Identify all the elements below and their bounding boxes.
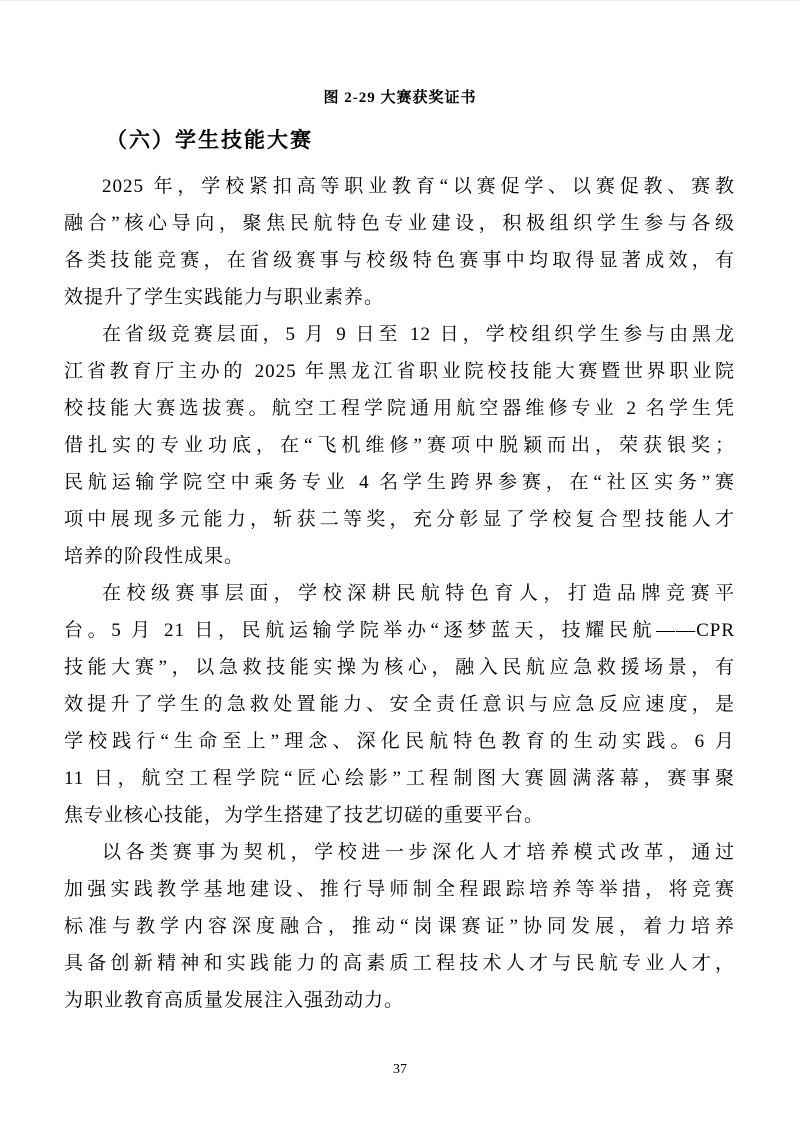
- text-line: 效提升了学生的急救处置能力、安全责任意识与应急反应速度，是: [64, 686, 735, 723]
- text-line: 标准与教学内容深度融合，推动“岗课赛证”协同发展，着力培养: [64, 908, 735, 945]
- figure-caption: 图 2-29 大赛获奖证书: [0, 1, 800, 108]
- text-line: 技能大赛”，以急救技能实操为核心，融入民航应急救援场景，有: [64, 649, 735, 686]
- text-line: 民航运输学院空中乘务专业 4 名学生跨界参赛，在“社区实务”赛: [64, 464, 735, 501]
- text-line: 培养的阶段性成果。: [64, 538, 735, 575]
- text-line: 校技能大赛选拔赛。航空工程学院通用航空器维修专业 2 名学生凭: [64, 390, 735, 427]
- text-line: 融合”核心导向，聚焦民航特色专业建设，积极组织学生参与各级: [64, 205, 735, 242]
- document-page: 图 2-29 大赛获奖证书 （六）学生技能大赛 2025 年，学校紧扣高等职业教…: [0, 0, 800, 1131]
- text-line: 在校级赛事层面，学校深耕民航特色育人，打造品牌竞赛平: [64, 575, 735, 612]
- text-line: 江省教育厅主办的 2025 年黑龙江省职业院校技能大赛暨世界职业院: [64, 353, 735, 390]
- text-line: 为职业教育高质量发展注入强劲动力。: [64, 982, 735, 1019]
- text-line: 11 日，航空工程学院“匠心绘影”工程制图大赛圆满落幕，赛事聚: [64, 760, 735, 797]
- text-line: 在省级竞赛层面，5 月 9 日至 12 日，学校组织学生参与由黑龙: [64, 316, 735, 353]
- text-line: 项中展现多元能力，斩获二等奖，充分彰显了学校复合型技能人才: [64, 501, 735, 538]
- text-line: 以各类赛事为契机，学校进一步深化人才培养模式改革，通过: [64, 834, 735, 871]
- text-line: 台。5 月 21 日，民航运输学院举办“逐梦蓝天，技耀民航——CPR: [64, 612, 735, 649]
- text-line: 2025 年，学校紧扣高等职业教育“以赛促学、以赛促教、赛教: [64, 168, 735, 205]
- text-line: 加强实践教学基地建设、推行导师制全程跟踪培养等举措，将竞赛: [64, 871, 735, 908]
- section-heading: （六）学生技能大赛: [64, 125, 735, 155]
- text-line: 具备创新精神和实践能力的高素质工程技术人才与民航专业人才，: [64, 945, 735, 982]
- text-line: 效提升了学生实践能力与职业素养。: [64, 279, 735, 316]
- text-line: 学校践行“生命至上”理念、深化民航特色教育的生动实践。6 月: [64, 723, 735, 760]
- text-line: 各类技能竞赛，在省级赛事与校级特色赛事中均取得显著成效，有: [64, 242, 735, 279]
- text-line: 焦专业核心技能，为学生搭建了技艺切磋的重要平台。: [64, 797, 735, 834]
- page-number: 37: [0, 1062, 800, 1078]
- body-text: 2025 年，学校紧扣高等职业教育“以赛促学、以赛促教、赛教融合”核心导向，聚焦…: [64, 168, 735, 1019]
- text-line: 借扎实的专业功底，在“飞机维修”赛项中脱颖而出，荣获银奖；: [64, 427, 735, 464]
